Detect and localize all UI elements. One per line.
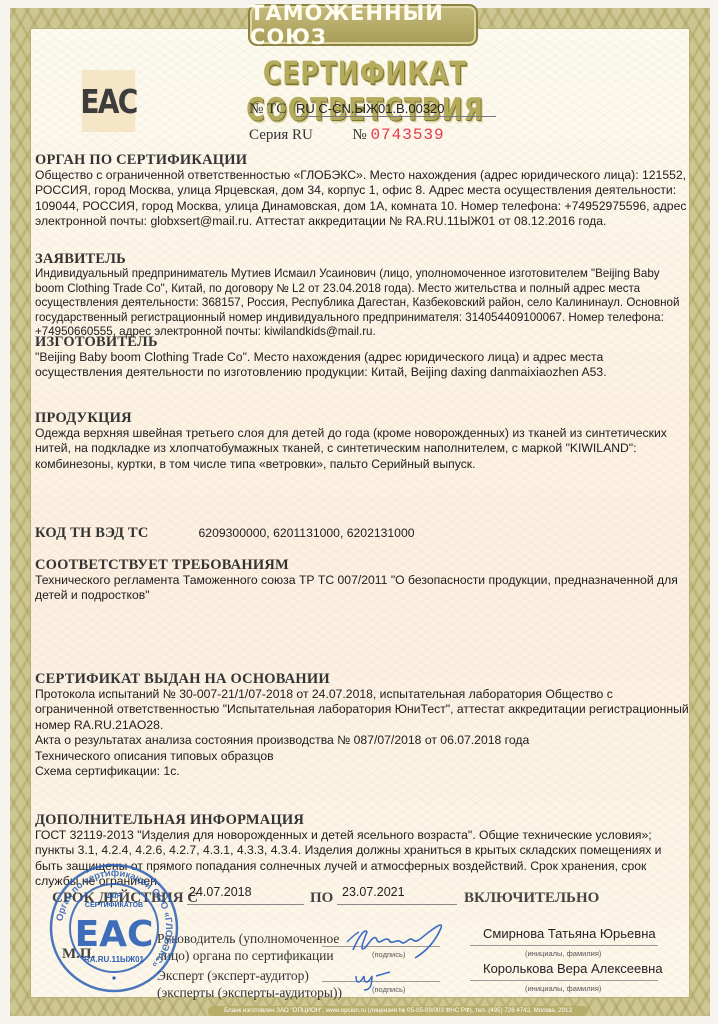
section-applicant: ЗАЯВИТЕЛЬ Индивидуальный предприниматель… bbox=[35, 251, 690, 340]
series-row: Серия RU № 0743539 bbox=[249, 126, 445, 144]
section-heading: СООТВЕТСТВУЕТ ТРЕБОВАНИЯМ bbox=[35, 557, 690, 573]
name-caption: (инициалы, фамилия) bbox=[525, 984, 601, 993]
head-signature-icon bbox=[345, 918, 450, 963]
section-manufacturer: ИЗГОТОВИТЕЛЬ "Beijing Baby boom Clothing… bbox=[35, 334, 690, 381]
section-requirements: СООТВЕТСТВУЕТ ТРЕБОВАНИЯМ Технического р… bbox=[35, 557, 690, 604]
series-label: Серия RU bbox=[249, 127, 313, 143]
section-heading: ОРГАН ПО СЕРТИФИКАЦИИ bbox=[35, 152, 690, 168]
section-heading: ИЗГОТОВИТЕЛЬ bbox=[35, 334, 690, 350]
tc-number: RU C-CN.ЫЖ01.В.00320 bbox=[296, 101, 496, 117]
expert-label: Эксперт (эксперт-аудитор) (эксперты (экс… bbox=[157, 967, 342, 1001]
svg-text:ДЛЯ: ДЛЯ bbox=[107, 893, 122, 900]
expert-signature-icon bbox=[350, 962, 410, 992]
section-heading: СЕРТИФИКАТ ВЫДАН НА ОСНОВАНИИ bbox=[35, 671, 690, 687]
expert-name: Королькова Вера Алексеевна bbox=[483, 961, 663, 976]
head-name: Смирнова Татьяна Юрьевна bbox=[483, 926, 656, 941]
section-product: ПРОДУКЦИЯ Одежда верхняя швейная третьег… bbox=[35, 410, 690, 472]
basis-line: Протокола испытаний № 30-007-21/1/07-201… bbox=[35, 687, 690, 733]
section-heading: ЗАЯВИТЕЛЬ bbox=[35, 251, 690, 267]
certification-stamp-icon: Орган по сертификации ООО «ГЛОБЭКС» ДЛЯ … bbox=[48, 862, 180, 994]
svg-text:СЕРТИФИКАТОВ: СЕРТИФИКАТОВ bbox=[85, 902, 143, 909]
section-text: Одежда верхняя швейная третьего слоя для… bbox=[35, 426, 690, 472]
basis-line: Схема сертификации: 1с. bbox=[35, 764, 690, 779]
section-text: Технического регламента Таможенного союз… bbox=[35, 573, 690, 604]
head-label: Руководитель (уполномоченное лицо) орган… bbox=[157, 930, 339, 964]
tc-label: № ТС bbox=[249, 101, 286, 117]
validity-to-date: 23.07.2021 bbox=[342, 885, 405, 899]
validity-suffix: ВКЛЮЧИТЕЛЬНО bbox=[464, 890, 599, 907]
eac-logo-icon: ЕАС bbox=[82, 70, 136, 132]
basis-line: Технического описания типовых образцов bbox=[35, 749, 690, 764]
svg-text:RA.RU.11ЫЖ01: RA.RU.11ЫЖ01 bbox=[84, 955, 145, 964]
section-codes: КОД ТН ВЭД ТС 6209300000, 6201131000, 62… bbox=[35, 525, 690, 541]
validity-to-label: ПО bbox=[310, 890, 333, 907]
form-printer-note: Бланк изготовлен ЗАО "ОПЦИОН", www.opcio… bbox=[208, 1006, 588, 1016]
section-basis: СЕРТИФИКАТ ВЫДАН НА ОСНОВАНИИ Протокола … bbox=[35, 671, 690, 779]
series-no-label: № bbox=[352, 127, 366, 143]
section-text: Общество с ограниченной ответственностью… bbox=[35, 168, 690, 230]
validity-from-date: 24.07.2018 bbox=[189, 885, 252, 899]
section-heading: ПРОДУКЦИЯ bbox=[35, 410, 690, 426]
basis-line: Акта о результатах анализа состояния про… bbox=[35, 733, 690, 748]
section-cert-body: ОРГАН ПО СЕРТИФИКАЦИИ Общество с огранич… bbox=[35, 152, 690, 230]
svg-text:ЕАС: ЕАС bbox=[75, 914, 154, 955]
section-text: "Beijing Baby boom Clothing Trade Co". М… bbox=[35, 350, 690, 381]
series-number: 0743539 bbox=[370, 126, 444, 144]
section-heading: КОД ТН ВЭД ТС bbox=[35, 525, 149, 541]
section-text: Индивидуальный предприниматель Мутиев Ис… bbox=[35, 267, 690, 340]
section-heading: ДОПОЛНИТЕЛЬНАЯ ИНФОРМАЦИЯ bbox=[35, 812, 690, 828]
tc-number-row: № ТС RU C-CN.ЫЖ01.В.00320 bbox=[249, 101, 496, 118]
name-caption: (инициалы, фамилия) bbox=[525, 949, 601, 958]
customs-union-banner: ТАМОЖЕННЫЙ СОЮЗ bbox=[248, 4, 478, 46]
tn-ved-codes: 6209300000, 6201131000, 6202131000 bbox=[199, 526, 415, 540]
